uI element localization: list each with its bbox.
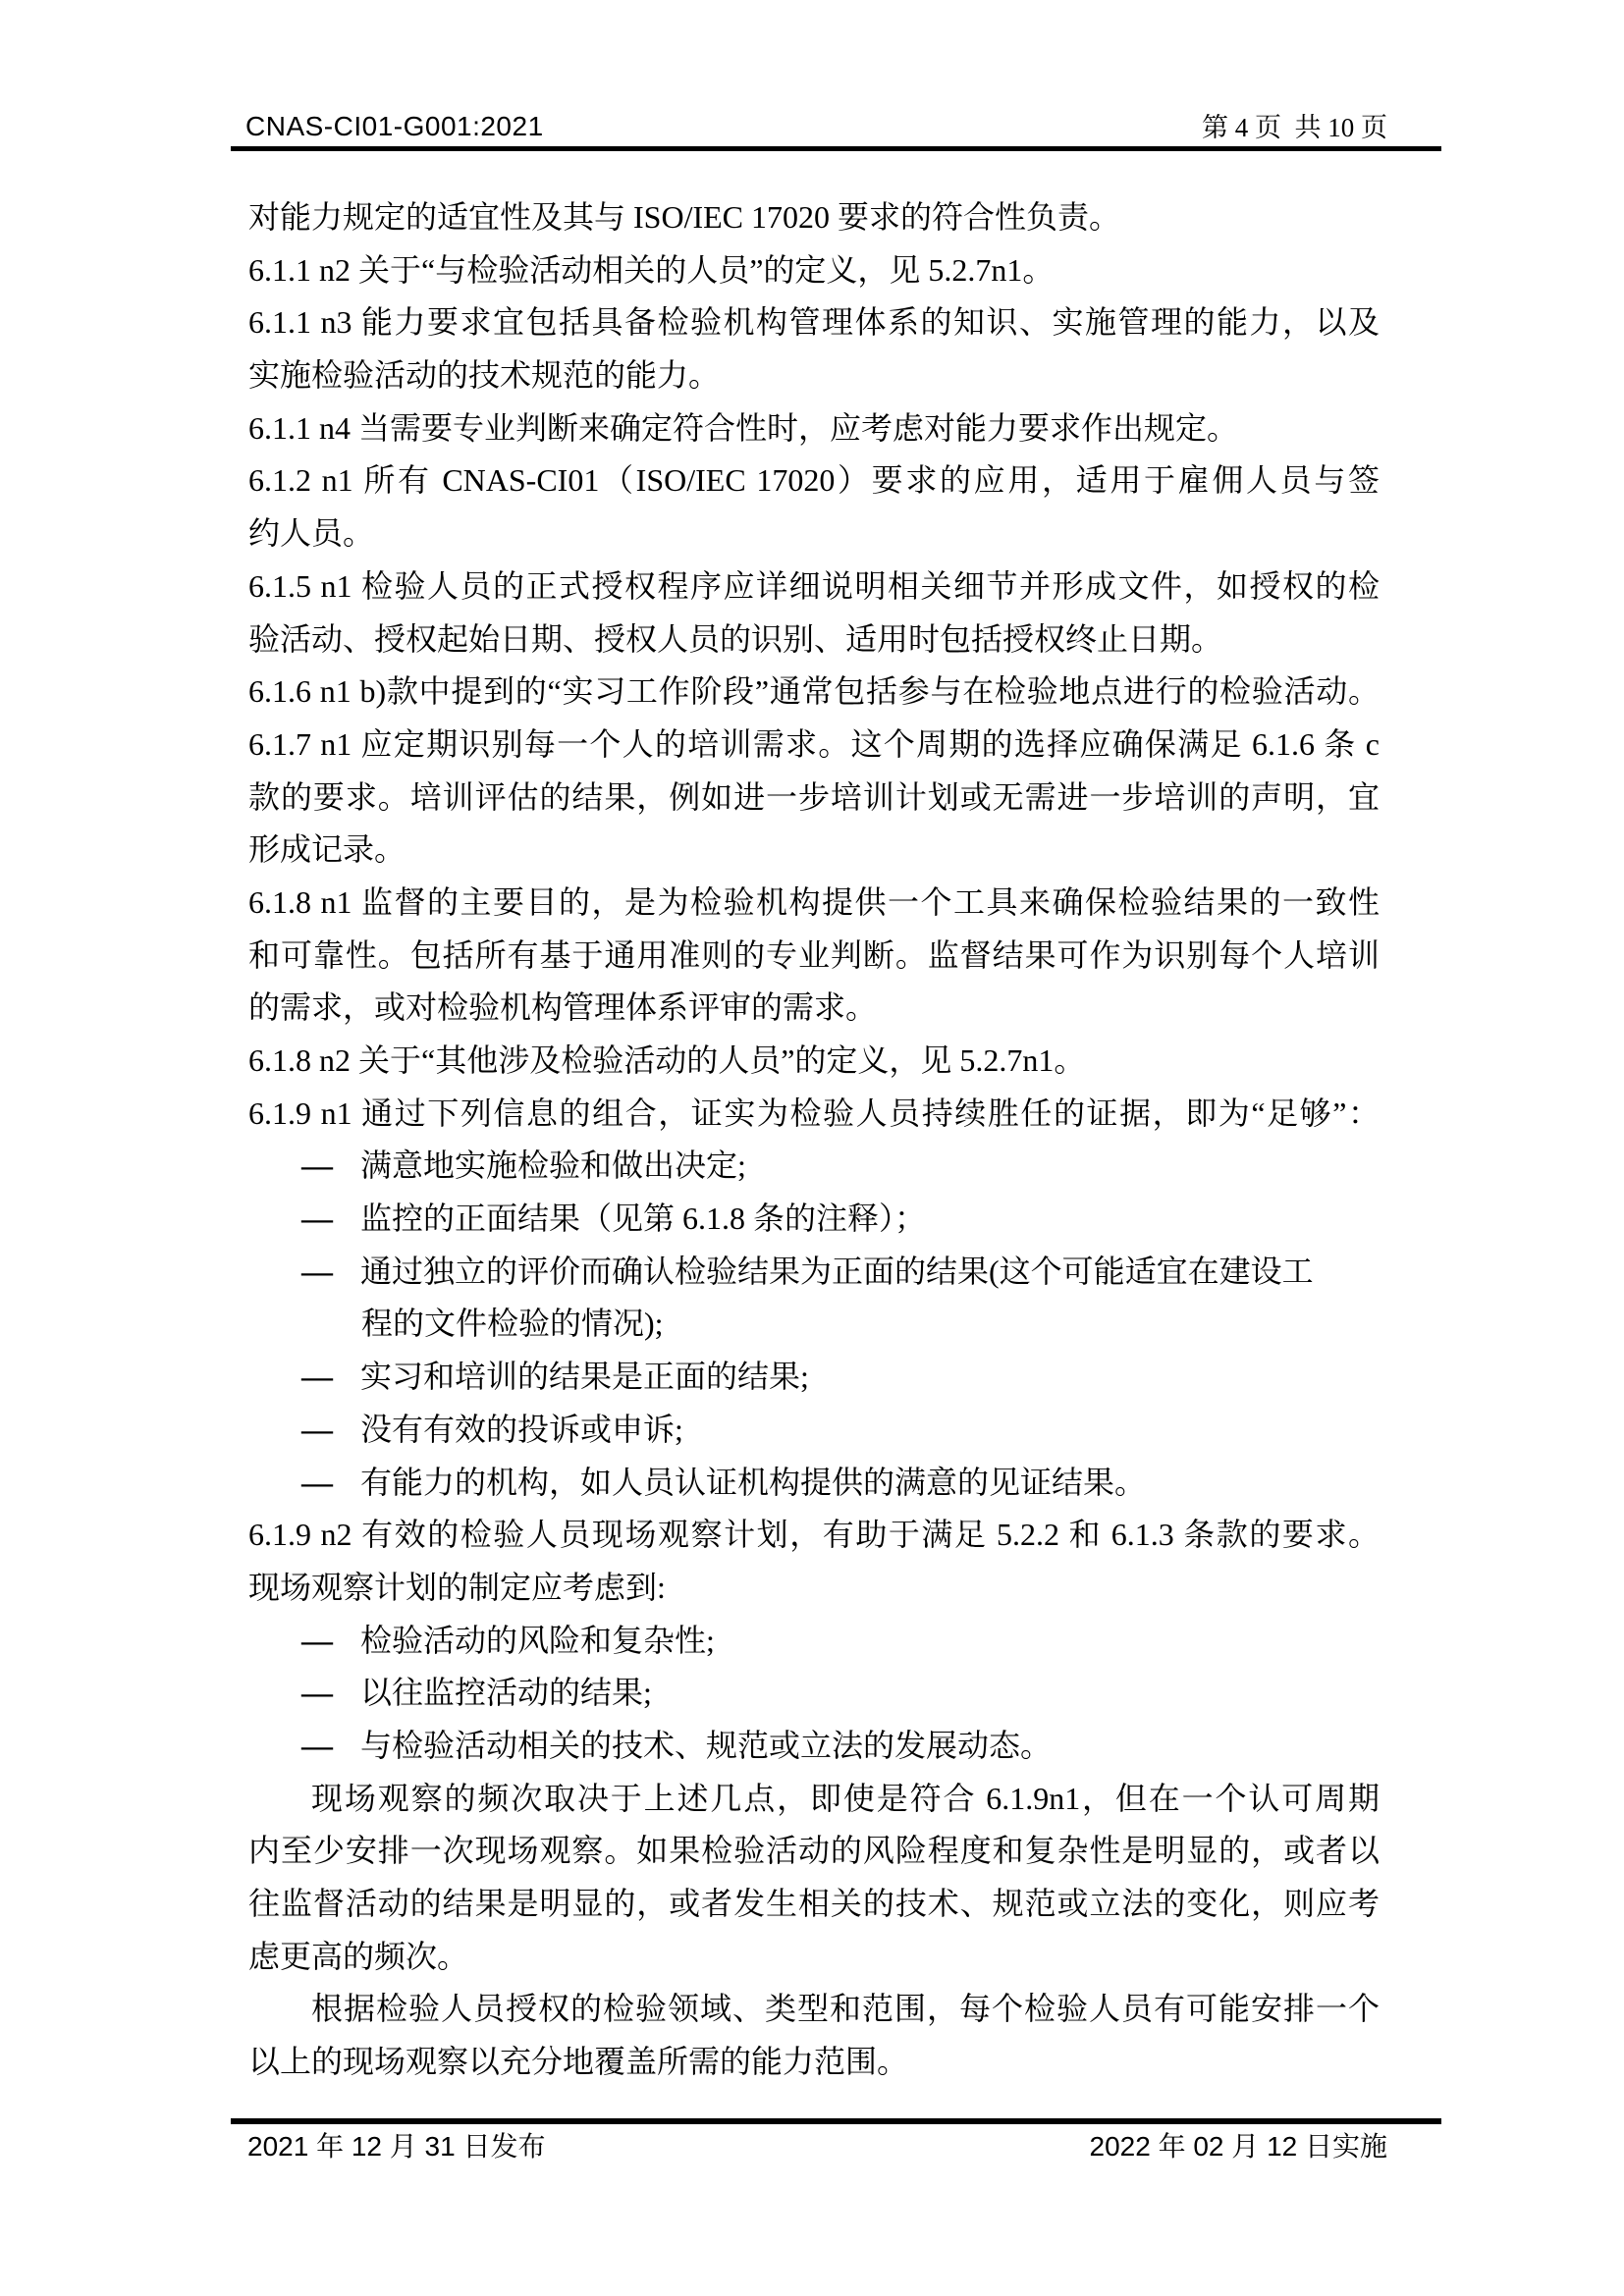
bullet-dash-icon: — [301, 1457, 333, 1510]
bullet-dash-icon: — [301, 1351, 333, 1404]
text-line: 6.1.5 n1 检验人员的正式授权程序应详细说明相关细节并形成文件，如授权的检 [248, 561, 1380, 614]
text-line: 形成记录。 [248, 824, 1380, 877]
text-line: 款的要求。培训评估的结果，例如进一步培训计划或无需进一步培训的声明，宜 [248, 772, 1380, 825]
bullet-dash-icon: — [301, 1720, 333, 1773]
text-line: 6.1.2 n1 所有 CNAS-CI01（ISO/IEC 17020）要求的应… [248, 454, 1380, 507]
text-line: 往监督活动的结果是明显的，或者发生相关的技术、规范或立法的变化，则应考 [248, 1878, 1380, 1931]
list-item: —检验活动的风险和复杂性; [248, 1615, 1380, 1668]
list-item-text: 通过独立的评价而确认检验结果为正面的结果(这个可能适宜在建设工 [360, 1246, 1314, 1299]
list-item-text: 检验活动的风险和复杂性; [360, 1615, 715, 1668]
issue-date: 2021 年 12 月 31 日发布 [247, 2130, 545, 2163]
list-item-text: 满意地实施检验和做出决定; [360, 1140, 746, 1193]
text-line: 以上的现场观察以充分地覆盖所需的能力范围。 [248, 2036, 1380, 2089]
doc-code: CNAS-CI01-G001:2021 [245, 110, 544, 143]
list-item-text: 与检验活动相关的技术、规范或立法的发展动态。 [360, 1720, 1052, 1773]
list-item: —实习和培训的结果是正面的结果; [248, 1351, 1380, 1404]
bullet-dash-icon: — [301, 1615, 333, 1668]
list-item: —有能力的机构，如人员认证机构提供的满意的见证结果。 [248, 1457, 1380, 1510]
bullet-dash-icon: — [301, 1404, 333, 1457]
list-item: —监控的正面结果（见第 6.1.8 条的注释）； [248, 1193, 1380, 1246]
list-item: —与检验活动相关的技术、规范或立法的发展动态。 [248, 1720, 1380, 1773]
document-body: 对能力规定的适宜性及其与 ISO/IEC 17020 要求的符合性负责。6.1.… [248, 191, 1380, 2089]
header-rule [231, 146, 1441, 151]
bullet-dash-icon: — [301, 1193, 333, 1246]
bullet-dash-icon: — [301, 1140, 333, 1193]
list-item-text: 监控的正面结果（见第 6.1.8 条的注释）； [360, 1193, 926, 1246]
text-line: 的需求，或对检验机构管理体系评审的需求。 [248, 982, 1380, 1035]
text-line: 现场观察计划的制定应考虑到: [248, 1562, 1380, 1615]
text-line: 程的文件检验的情况); [248, 1298, 1380, 1351]
footer-rule [231, 2118, 1441, 2124]
list-item: —满意地实施检验和做出决定; [248, 1140, 1380, 1193]
text-line: 6.1.9 n2 有效的检验人员现场观察计划，有助于满足 5.2.2 和 6.1… [248, 1509, 1380, 1562]
text-line: 现场观察的频次取决于上述几点，即使是符合 6.1.9n1，但在一个认可周期 [248, 1773, 1380, 1826]
text-line: 6.1.9 n1 通过下列信息的组合，证实为检验人员持续胜任的证据，即为“足够”… [248, 1088, 1380, 1141]
text-line: 6.1.1 n4 当需要专业判断来确定符合性时，应考虑对能力要求作出规定。 [248, 402, 1380, 455]
implementation-date: 2022 年 02 月 12 日实施 [1090, 2130, 1387, 2163]
text-line: 验活动、授权起始日期、授权人员的识别、适用时包括授权终止日期。 [248, 614, 1380, 667]
text-line: 实施检验活动的技术规范的能力。 [248, 349, 1380, 402]
bullet-dash-icon: — [301, 1246, 333, 1299]
text-line: 6.1.1 n2 关于“与检验活动相关的人员”的定义，见 5.2.7n1。 [248, 244, 1380, 297]
list-item: —以往监控活动的结果; [248, 1667, 1380, 1720]
list-item: —通过独立的评价而确认检验结果为正面的结果(这个可能适宜在建设工 [248, 1246, 1380, 1299]
text-line: 虑更高的频次。 [248, 1931, 1380, 1984]
text-line: 6.1.6 n1 b)款中提到的“实习工作阶段”通常包括参与在检验地点进行的检验… [248, 666, 1380, 719]
page-number: 第 4 页 共 10 页 [1202, 111, 1387, 144]
text-line: 内至少安排一次现场观察。如果检验活动的风险程度和复杂性是明显的，或者以 [248, 1825, 1380, 1878]
text-line: 约人员。 [248, 507, 1380, 561]
list-item-text: 没有有效的投诉或申诉; [360, 1404, 683, 1457]
text-line: 6.1.7 n1 应定期识别每一个人的培训需求。这个周期的选择应确保满足 6.1… [248, 719, 1380, 772]
bullet-dash-icon: — [301, 1667, 333, 1720]
text-line: 6.1.1 n3 能力要求宜包括具备检验机构管理体系的知识、实施管理的能力，以及 [248, 296, 1380, 349]
text-line: 和可靠性。包括所有基于通用准则的专业判断。监督结果可作为识别每个人培训 [248, 930, 1380, 983]
text-line: 6.1.8 n2 关于“其他涉及检验活动的人员”的定义，见 5.2.7n1。 [248, 1035, 1380, 1088]
list-item-text: 有能力的机构，如人员认证机构提供的满意的见证结果。 [360, 1457, 1146, 1510]
list-item: —没有有效的投诉或申诉; [248, 1404, 1380, 1457]
text-line: 6.1.8 n1 监督的主要目的，是为检验机构提供一个工具来确保检验结果的一致性 [248, 877, 1380, 930]
text-line: 对能力规定的适宜性及其与 ISO/IEC 17020 要求的符合性负责。 [248, 191, 1380, 244]
list-item-text: 以往监控活动的结果; [360, 1667, 652, 1720]
text-line: 根据检验人员授权的检验领域、类型和范围，每个检验人员有可能安排一个 [248, 1983, 1380, 2036]
list-item-text: 实习和培训的结果是正面的结果; [360, 1351, 809, 1404]
document-page: CNAS-CI01-G001:2021 第 4 页 共 10 页 对能力规定的适… [0, 0, 1624, 2296]
